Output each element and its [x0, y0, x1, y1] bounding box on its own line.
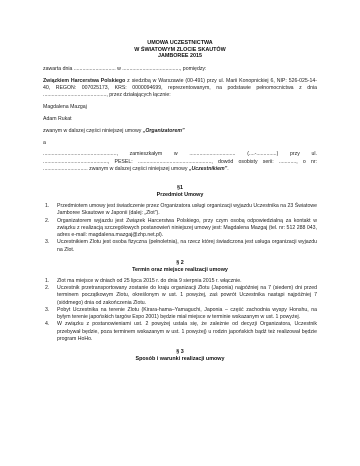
- party2-details: ........................................…: [43, 151, 317, 172]
- list-item: 3.Pobyt Uczestnika na terenie Zlotu (Kir…: [45, 307, 317, 322]
- title-line-1: UMOWA UCZESTNICTWA: [43, 40, 317, 47]
- title-line-2: W ŚWIATOWYM ZLOCIE SKAUTÓW: [43, 47, 317, 54]
- section-2: § 2 Termin oraz miejsce realizacji umowy…: [43, 260, 317, 343]
- list-item: 2.Organizatorem wyjazdu jest Związek Har…: [45, 218, 317, 240]
- section-2-list: 1.Zlot ma miejsce w dniach od 25 lipca 2…: [43, 278, 317, 343]
- conjunction: a: [43, 140, 317, 147]
- section-2-heading: Termin oraz miejsce realizacji umowy: [43, 267, 317, 274]
- participant-alias-term: „Uczestnikiem”: [189, 166, 227, 172]
- section-3-heading: Sposób i warunki realizacji umowy: [43, 356, 317, 363]
- section-1-number: §1: [43, 185, 317, 192]
- list-item: 1.Zlot ma miejsce w dniach od 25 lipca 2…: [45, 278, 317, 285]
- representative-2: Adam Rukat: [43, 116, 317, 123]
- organizer-alias-term: „Organizatorem”: [143, 128, 185, 134]
- representative-1: Magdalena Mazgaj: [43, 104, 317, 111]
- list-item: 2.Uczestnik przetransportowany zostanie …: [45, 285, 317, 307]
- section-3: § 3 Sposób i warunki realizacji umowy: [43, 349, 317, 363]
- section-3-number: § 3: [43, 349, 317, 356]
- intro-line: zawarta dnia ...........................…: [43, 66, 317, 73]
- section-1-list: 1.Przedmiotem umowy jest świadczenie prz…: [43, 203, 317, 254]
- list-item: 3.Uczestnikiem Zlotu jest osoba fizyczna…: [45, 239, 317, 254]
- party1-paragraph: Związkiem Harcerstwa Polskiego z siedzib…: [43, 78, 317, 100]
- title-line-3: JAMBOREE 2015: [43, 53, 317, 60]
- party2-paragraph: ........................................…: [43, 151, 317, 173]
- document-title: UMOWA UCZESTNICTWA W ŚWIATOWYM ZLOCIE SK…: [43, 40, 317, 60]
- party1-name: Związkiem Harcerstwa Polskiego: [43, 78, 125, 84]
- organizer-alias: zwanym w dalszej części niniejszej umowy…: [43, 128, 317, 135]
- section-1-heading: Przedmiot Umowy: [43, 192, 317, 199]
- list-item: 4.W związku z postanowieniami ust. 2 pow…: [45, 321, 317, 343]
- list-item: 1.Przedmiotem umowy jest świadczenie prz…: [45, 203, 317, 218]
- section-1: §1 Przedmiot Umowy 1.Przedmiotem umowy j…: [43, 185, 317, 254]
- document-page: UMOWA UCZESTNICTWA W ŚWIATOWYM ZLOCIE SK…: [43, 40, 317, 363]
- section-2-number: § 2: [43, 260, 317, 267]
